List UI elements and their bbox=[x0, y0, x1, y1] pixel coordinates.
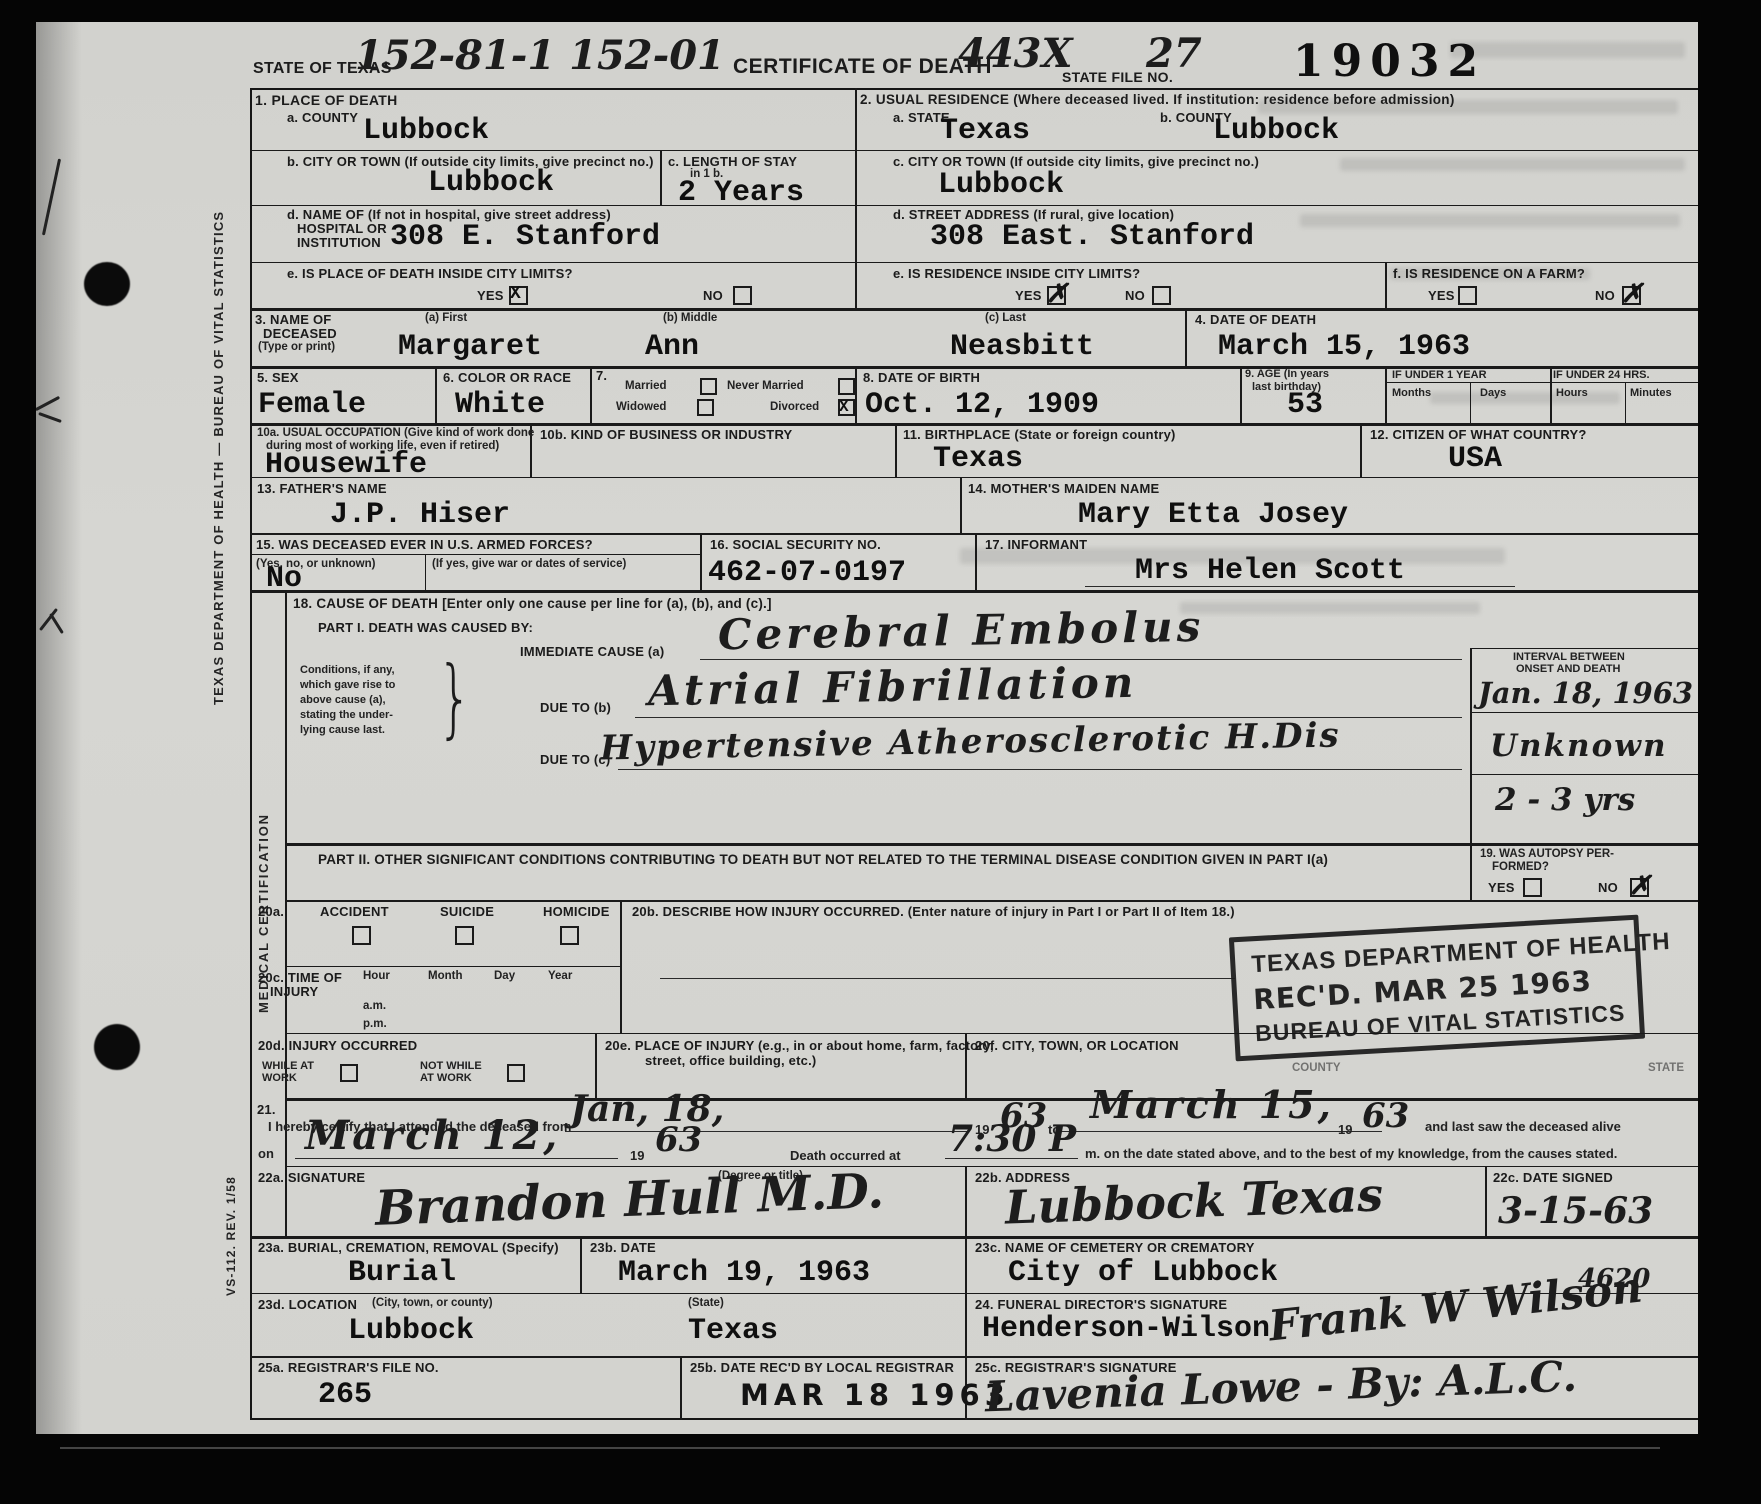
rule bbox=[250, 1236, 1700, 1239]
part1-label: PART I. DEATH WAS CAUSED BY: bbox=[318, 620, 533, 635]
first-name-label: (a) First bbox=[425, 312, 467, 324]
name-of-deceased-label-2: DECEASED bbox=[263, 326, 337, 341]
armed-forces-value: No bbox=[266, 562, 302, 596]
rule bbox=[1385, 366, 1387, 423]
burial-location-sublabel-1: (City, town, or county) bbox=[372, 1297, 493, 1309]
rule bbox=[1385, 262, 1387, 308]
death-time-handwritten: 7:30 P bbox=[948, 1118, 1076, 1160]
rule bbox=[425, 554, 426, 590]
occupation-value: Housewife bbox=[265, 448, 427, 482]
conditions-note-1: Conditions, if any, bbox=[300, 664, 395, 676]
hospital-value: 308 E. Stanford bbox=[390, 220, 660, 254]
rule bbox=[285, 843, 1700, 846]
hour-label: Hour bbox=[363, 970, 390, 982]
rule bbox=[620, 900, 622, 1033]
time-line bbox=[945, 1158, 1078, 1159]
rule bbox=[250, 590, 1700, 593]
rule bbox=[285, 900, 1700, 902]
conditions-note-2: which gave rise to bbox=[300, 679, 395, 691]
residence-farm-yes-label: YES bbox=[1428, 288, 1455, 303]
rule bbox=[1470, 648, 1472, 900]
autopsy-yes-label: YES bbox=[1488, 880, 1515, 895]
burial-location-state-value: Texas bbox=[688, 1314, 778, 1348]
on-line bbox=[295, 1158, 618, 1159]
scan-edge-right bbox=[1698, 0, 1761, 1504]
date-signed-handwritten: 3-15-63 bbox=[1498, 1190, 1653, 1232]
suicide-label: SUICIDE bbox=[440, 904, 494, 919]
last-name-label: (c) Last bbox=[985, 312, 1026, 324]
place-of-death-header: 1. PLACE OF DEATH bbox=[255, 92, 398, 108]
autopsy-label-2: FORMED? bbox=[1492, 861, 1549, 873]
residence-farm-yes-checkbox bbox=[1458, 286, 1477, 305]
sex-value: Female bbox=[258, 388, 366, 422]
hospital-label-3: INSTITUTION bbox=[297, 235, 381, 250]
if-under-24-hrs-label: IF UNDER 24 HRS. bbox=[1553, 369, 1650, 381]
left-margin-vertical-text: TEXAS DEPARTMENT OF HEALTH — BUREAU OF V… bbox=[211, 253, 226, 705]
race-value: White bbox=[455, 388, 545, 422]
rule bbox=[250, 262, 1700, 263]
middle-name-value: Ann bbox=[645, 330, 699, 364]
scan-edge-bottom bbox=[0, 1434, 1761, 1504]
accident-checkbox bbox=[352, 926, 371, 945]
county-value: Lubbock bbox=[363, 114, 489, 148]
to-line bbox=[1060, 1131, 1382, 1132]
residence-city-limits-label: e. IS RESIDENCE INSIDE CITY LIMITS? bbox=[893, 266, 1140, 281]
mothers-maiden-name-label: 14. MOTHER'S MAIDEN NAME bbox=[968, 481, 1159, 496]
date-of-death-label: 4. DATE OF DEATH bbox=[1195, 312, 1316, 327]
registrar-file-no-value: 265 bbox=[318, 1378, 372, 1412]
married-label: Married bbox=[625, 380, 667, 392]
section-20a-label: 20a. bbox=[258, 904, 284, 919]
residence-farm-no-checkbox-checked: ✗ bbox=[1622, 286, 1641, 305]
rule bbox=[965, 1166, 967, 1236]
occupation-label: 10a. USUAL OCCUPATION (Give kind of work… bbox=[257, 427, 534, 439]
residence-city-limits-no-checkbox bbox=[1152, 286, 1171, 305]
interval-c-handwritten: 2 - 3 yrs bbox=[1495, 782, 1635, 818]
handwritten-file-number: 443X bbox=[958, 30, 1073, 77]
year-label: Year bbox=[548, 970, 572, 982]
rule bbox=[1485, 1166, 1487, 1236]
homicide-checkbox bbox=[560, 926, 579, 945]
fathers-name-value: J.P. Hiser bbox=[330, 498, 510, 532]
married-checkbox bbox=[700, 378, 717, 395]
header-handwritten-code: 152-81-1 152-01 bbox=[355, 32, 725, 79]
conditions-note-4: stating the under- bbox=[300, 709, 393, 721]
conditions-brace: } bbox=[437, 648, 473, 748]
cemetery-value: City of Lubbock bbox=[1008, 1256, 1278, 1290]
death-city-limits-yes-label: YES bbox=[477, 288, 504, 303]
business-industry-label: 10b. KIND OF BUSINESS OR INDUSTRY bbox=[540, 427, 792, 442]
age-label: 9. AGE (In years bbox=[1245, 368, 1329, 380]
rule bbox=[700, 533, 702, 590]
death-city-limits-no-checkbox bbox=[733, 286, 752, 305]
last-seen-date-handwritten: March 12, bbox=[305, 1112, 560, 1159]
death-city-limits-yes-checkbox-checked: X bbox=[509, 286, 528, 305]
time-of-injury-label: 20c. TIME OF bbox=[258, 970, 342, 985]
informant-underline bbox=[1085, 586, 1515, 587]
injury-county-label: COUNTY bbox=[1292, 1062, 1341, 1074]
to-19-label: 19 bbox=[1338, 1122, 1352, 1137]
months-label: Months bbox=[1392, 387, 1431, 399]
marital-status-label: 7. bbox=[596, 368, 607, 383]
rule bbox=[435, 366, 437, 423]
while-at-work-label-2: WORK bbox=[262, 1072, 297, 1084]
immediate-cause-label: IMMEDIATE CAUSE (a) bbox=[520, 644, 664, 659]
form-code-vertical-text: VS-112. REV. 1/58 bbox=[224, 1128, 238, 1296]
rule bbox=[250, 205, 1700, 206]
time-of-injury-label-2: INJURY bbox=[270, 984, 318, 999]
rule bbox=[855, 366, 857, 423]
cause-c-line bbox=[618, 769, 1462, 770]
autopsy-yes-checkbox bbox=[1523, 878, 1542, 897]
date-signed-label: 22c. DATE SIGNED bbox=[1493, 1170, 1613, 1185]
received-stamp: TEXAS DEPARTMENT OF HEALTH REC'D. MAR 25… bbox=[1229, 915, 1645, 1062]
residence-city-limits-no-label: NO bbox=[1125, 288, 1145, 303]
if-under-1-year-label: IF UNDER 1 YEAR bbox=[1392, 369, 1487, 381]
hours-label: Hours bbox=[1556, 387, 1588, 399]
rule bbox=[250, 554, 700, 555]
funeral-director-number-handwritten: 4620 bbox=[1578, 1264, 1650, 1294]
not-while-at-work-label-1: NOT WHILE bbox=[420, 1060, 482, 1072]
certify-text-2: and last saw the deceased alive bbox=[1425, 1119, 1621, 1134]
place-of-injury-label-2: street, office building, etc.) bbox=[645, 1053, 816, 1068]
rule bbox=[250, 423, 1700, 426]
rule bbox=[975, 533, 977, 590]
due-to-b-label: DUE TO (b) bbox=[540, 700, 611, 715]
residence-county-value: Lubbock bbox=[1213, 114, 1339, 148]
rule bbox=[965, 1236, 967, 1293]
informant-value: Mrs Helen Scott bbox=[1135, 554, 1405, 588]
interval-label-1: INTERVAL BETWEEN bbox=[1513, 651, 1625, 663]
age-value: 53 bbox=[1287, 388, 1323, 422]
while-at-work-label-1: WHILE AT bbox=[262, 1060, 314, 1072]
burial-location-city-value: Lubbock bbox=[348, 1314, 474, 1348]
certify-text-3: m. on the date stated above, and to the … bbox=[1085, 1146, 1617, 1161]
not-while-at-work-label-2: AT WORK bbox=[420, 1072, 472, 1084]
rule bbox=[895, 423, 897, 477]
on-label: on bbox=[258, 1146, 274, 1161]
burial-value: Burial bbox=[348, 1256, 456, 1290]
month-label: Month bbox=[428, 970, 462, 982]
never-married-checkbox bbox=[838, 378, 855, 395]
citizen-value: USA bbox=[1448, 442, 1502, 476]
part2-label: PART II. OTHER SIGNIFICANT CONDITIONS CO… bbox=[318, 852, 1328, 867]
rule bbox=[1470, 712, 1700, 713]
first-name-value: Margaret bbox=[398, 330, 542, 364]
rule bbox=[285, 590, 287, 1236]
signature-label: 22a. SIGNATURE bbox=[258, 1170, 365, 1185]
date-of-birth-label: 8. DATE OF BIRTH bbox=[863, 370, 980, 385]
cause-a-handwritten: Cerebral Embolus bbox=[718, 602, 1205, 659]
on-year-handwritten: 63 bbox=[655, 1120, 702, 1160]
usual-residence-header: 2. USUAL RESIDENCE (Where deceased lived… bbox=[860, 92, 1455, 107]
hospital-label-2: HOSPITAL OR bbox=[297, 221, 387, 236]
residence-city-value: Lubbock bbox=[938, 168, 1064, 202]
name-of-deceased-label-3: (Type or print) bbox=[258, 341, 335, 353]
rule bbox=[660, 150, 662, 205]
street-address-value: 308 East. Stanford bbox=[930, 220, 1254, 254]
scanned-death-certificate: STATE OF TEXAS 152-81-1 152-01 CERTIFICA… bbox=[0, 0, 1761, 1504]
hole-punch bbox=[84, 262, 130, 306]
county-label: a. COUNTY bbox=[287, 110, 358, 125]
days-label: Days bbox=[1480, 387, 1506, 399]
divorced-label: Divorced bbox=[770, 401, 819, 413]
rule bbox=[285, 1098, 1700, 1101]
certificate-number: 19032 bbox=[1293, 36, 1486, 87]
not-while-at-work-checkbox bbox=[507, 1064, 525, 1082]
state-file-no-label: STATE FILE NO. bbox=[1062, 69, 1173, 85]
residence-city-limits-yes-label: YES bbox=[1015, 288, 1042, 303]
funeral-director-label: 24. FUNERAL DIRECTOR'S SIGNATURE bbox=[975, 1297, 1227, 1312]
homicide-label: HOMICIDE bbox=[543, 904, 610, 919]
death-occurred-label: Death occurred at bbox=[790, 1148, 901, 1163]
rule bbox=[1185, 308, 1187, 366]
cause-b-handwritten: Atrial Fibrillation bbox=[648, 658, 1138, 716]
length-of-stay-label: c. LENGTH OF STAY bbox=[668, 154, 797, 169]
race-label: 6. COLOR OR RACE bbox=[443, 370, 571, 385]
injury-state-label: STATE bbox=[1648, 1062, 1684, 1074]
registrar-file-no-label: 25a. REGISTRAR'S FILE NO. bbox=[258, 1360, 439, 1375]
date-received-stamp: MAR 18 1963 bbox=[740, 1378, 1010, 1412]
suicide-checkbox bbox=[455, 926, 474, 945]
ssn-label: 16. SOCIAL SECURITY NO. bbox=[710, 537, 881, 552]
while-at-work-checkbox bbox=[340, 1064, 358, 1082]
scan-edge-top bbox=[0, 0, 1761, 22]
rule bbox=[590, 366, 592, 423]
residence-city-limits-yes-checkbox-checked: ✗ bbox=[1047, 286, 1066, 305]
armed-forces-label: 15. WAS DECEASED EVER IN U.S. ARMED FORC… bbox=[256, 537, 593, 552]
rule bbox=[1625, 382, 1626, 423]
interval-b-handwritten: Unknown bbox=[1490, 728, 1668, 764]
rule bbox=[1470, 648, 1700, 649]
day-label: Day bbox=[494, 970, 515, 982]
length-of-stay-value: 2 Years bbox=[678, 176, 804, 210]
rule bbox=[250, 477, 1700, 478]
interval-a-handwritten: Jan. 18, 1963 bbox=[1478, 676, 1693, 710]
rule bbox=[285, 1166, 1700, 1167]
scan-edge-left bbox=[0, 0, 36, 1504]
rule bbox=[1550, 366, 1552, 423]
cause-of-death-label: 18. CAUSE OF DEATH [Enter only one cause… bbox=[293, 596, 772, 611]
hole-punch bbox=[94, 1024, 140, 1070]
rule bbox=[855, 88, 857, 308]
residence-farm-no-label: NO bbox=[1595, 288, 1615, 303]
date-received-label: 25b. DATE REC'D BY LOCAL REGISTRAR bbox=[690, 1360, 954, 1375]
cemetery-label: 23c. NAME OF CEMETERY OR CREMATORY bbox=[975, 1240, 1255, 1255]
rule bbox=[1470, 774, 1700, 775]
burial-date-value: March 19, 1963 bbox=[618, 1256, 870, 1290]
accident-label: ACCIDENT bbox=[320, 904, 389, 919]
residence-state-value: Texas bbox=[940, 114, 1030, 148]
burial-location-sublabel-2: (State) bbox=[688, 1297, 724, 1309]
section-21-label: 21. bbox=[257, 1102, 276, 1117]
attended-to-handwritten: March 15, bbox=[1090, 1082, 1334, 1127]
rule bbox=[1385, 382, 1700, 383]
rule bbox=[580, 1236, 582, 1293]
pm-label: p.m. bbox=[363, 1018, 387, 1030]
rule bbox=[1360, 423, 1362, 477]
funeral-director-value: Henderson-Wilson bbox=[982, 1312, 1270, 1346]
mothers-maiden-name-value: Mary Etta Josey bbox=[1078, 498, 1348, 532]
autopsy-no-checkbox-checked: ✗ bbox=[1630, 878, 1649, 897]
rule bbox=[960, 477, 962, 533]
minutes-label: Minutes bbox=[1630, 387, 1672, 399]
burial-date-label: 23b. DATE bbox=[590, 1240, 656, 1255]
from-line bbox=[565, 1131, 968, 1132]
to-year-handwritten: 63 bbox=[1362, 1096, 1409, 1136]
informant-label: 17. INFORMANT bbox=[985, 537, 1087, 552]
certificate-title: CERTIFICATE OF DEATH bbox=[733, 55, 992, 79]
burial-location-label: 23d. LOCATION bbox=[258, 1297, 357, 1312]
autopsy-label-1: 19. WAS AUTOPSY PER- bbox=[1480, 848, 1614, 860]
conditions-note-3: above cause (a), bbox=[300, 694, 386, 706]
injury-occurred-label: 20d. INJURY OCCURRED bbox=[258, 1038, 417, 1053]
death-city-limits-no-label: NO bbox=[703, 288, 723, 303]
city-value: Lubbock bbox=[428, 166, 554, 200]
sex-label: 5. SEX bbox=[257, 370, 299, 385]
date-of-death-value: March 15, 1963 bbox=[1218, 330, 1470, 364]
middle-name-label: (b) Middle bbox=[663, 312, 717, 324]
scan-edge-line bbox=[60, 1447, 1660, 1449]
residence-farm-label: f. IS RESIDENCE ON A FARM? bbox=[1393, 266, 1585, 281]
conditions-note-5: lying cause last. bbox=[300, 724, 385, 736]
rule bbox=[250, 150, 1700, 151]
never-married-label: Never Married bbox=[727, 380, 804, 392]
birthplace-label: 11. BIRTHPLACE (State or foreign country… bbox=[903, 427, 1176, 442]
name-of-deceased-label: 3. NAME OF bbox=[255, 312, 331, 327]
injury-blank-line bbox=[660, 978, 1235, 979]
rule bbox=[680, 1356, 682, 1420]
rule bbox=[965, 1293, 967, 1356]
date-of-birth-value: Oct. 12, 1909 bbox=[865, 388, 1099, 422]
citizen-label: 12. CITIZEN OF WHAT COUNTRY? bbox=[1370, 427, 1586, 442]
place-of-injury-label: 20e. PLACE OF INJURY (e.g., in or about … bbox=[605, 1038, 994, 1053]
rule bbox=[1240, 366, 1242, 423]
death-city-limits-label: e. IS PLACE OF DEATH INSIDE CITY LIMITS? bbox=[287, 266, 573, 281]
armed-forces-sublabel-2: (If yes, give war or dates of service) bbox=[432, 558, 626, 570]
widowed-label: Widowed bbox=[616, 401, 666, 413]
injury-city-label: 20f. CITY, TOWN, OR LOCATION bbox=[975, 1038, 1179, 1053]
residence-city-label: c. CITY OR TOWN (If outside city limits,… bbox=[893, 154, 1259, 169]
divorced-checkbox-checked: X bbox=[838, 399, 855, 416]
ssn-value: 462-07-0197 bbox=[708, 556, 906, 590]
rule bbox=[285, 966, 620, 967]
am-label: a.m. bbox=[363, 1000, 386, 1012]
last-name-value: Neasbitt bbox=[950, 330, 1094, 364]
describe-injury-label: 20b. DESCRIBE HOW INJURY OCCURRED. (Ente… bbox=[632, 904, 1235, 919]
rule bbox=[250, 308, 1700, 311]
rule bbox=[1470, 382, 1471, 423]
autopsy-no-label: NO bbox=[1598, 880, 1618, 895]
widowed-checkbox bbox=[697, 399, 714, 416]
birthplace-value: Texas bbox=[933, 442, 1023, 476]
on-19-label: 19 bbox=[630, 1148, 644, 1163]
interval-label-2: ONSET AND DEATH bbox=[1516, 663, 1621, 675]
burial-label: 23a. BURIAL, CREMATION, REMOVAL (Specify… bbox=[258, 1240, 559, 1255]
fathers-name-label: 13. FATHER'S NAME bbox=[257, 481, 387, 496]
